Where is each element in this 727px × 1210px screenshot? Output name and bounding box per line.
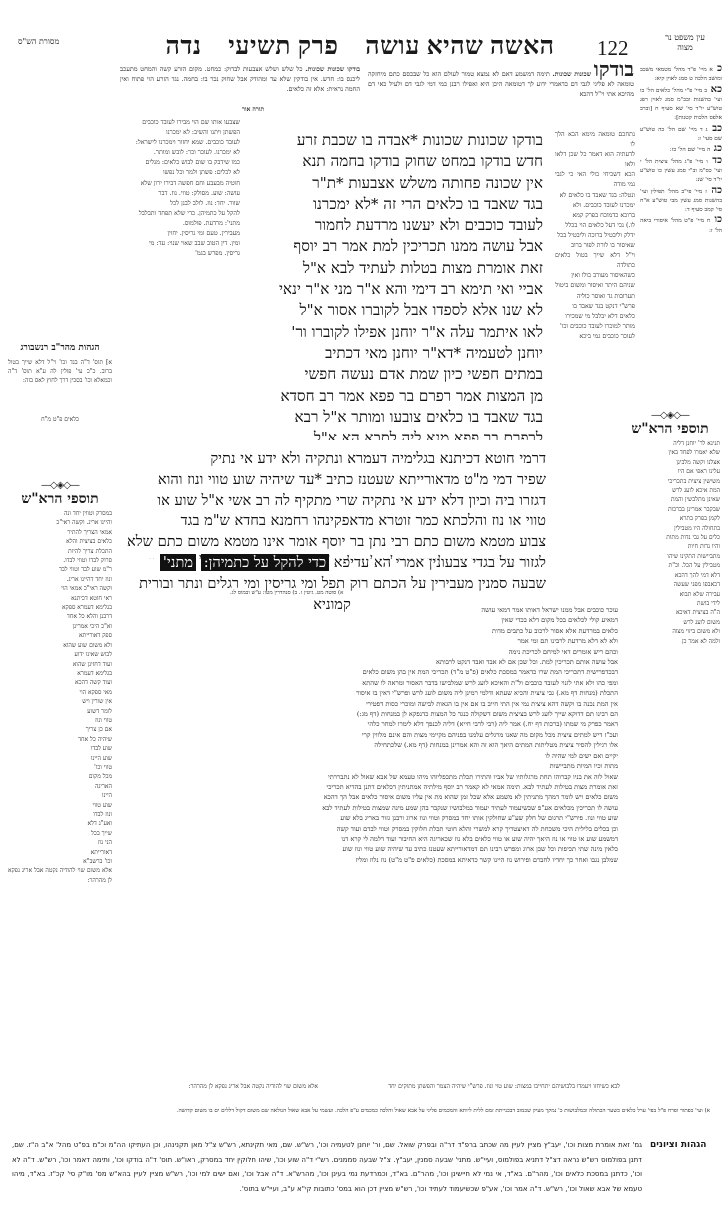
tosafot-harosh-line: ראי חוטא דכיתנא [8, 594, 112, 603]
ein-mishpat-entry: כא ב מיי' פ"י מהל' כלאים הל' כו ועי' בהש… [640, 85, 722, 124]
title-chapter-name: האשה שהיא עושה [365, 33, 554, 60]
gemara-line: יוחנן לטעמיה *דא"ר יוחנן מאי דכתיב [243, 343, 543, 364]
tosafot-line: וכן בכלים בלילית היכי משכחת לה דאיצטריך … [118, 824, 618, 834]
tosafot-harosh-line: מטבילין על הכל. וכ"ת [620, 561, 720, 570]
tosafot-harosh-line: שאינן מתלבשין והמת [620, 495, 720, 504]
ein-mishpat-entry: כב ג ד מיי' שם הל' כה טוש"ע שם סעי' ז: [640, 124, 722, 145]
tosafot-line: התכלת (מנחות דף מא.) גבי ציצית והכיא שעת… [118, 688, 618, 698]
tosafot-line: דאמר כפרק מי שמתו (ברכות דף יח.) אמר ליה… [118, 719, 618, 729]
tosafot-harosh-line: אלא משום שוי להודיה נקטה אבל אריג נפקא ל… [8, 866, 112, 885]
tosafot-harosh-line: עבירה שלא תבוא [620, 590, 720, 599]
tosafot-harosh-line: שוע היינו [8, 754, 112, 763]
gemara-line: אביי ואי תימא רב דימי והא א"ר מני א"ר ינ… [243, 279, 543, 300]
tosafot-harosh-left-block: —◇◈◇— תוספי הרא"ש במסרק וטווין יחד ונהוה… [8, 480, 112, 1049]
ein-mishpat-letter: כב [708, 123, 722, 134]
tosafot-line: ונטלה: בגד שאבד בו כלאים לא [555, 191, 635, 201]
tosafot-line: משום כלאים ויש לומר דמהך מתניתין לא משמע… [118, 792, 618, 802]
gemara-line: מן המצות אמר רפרם בר פפא אמר רב חסדא [243, 386, 543, 407]
tosafot-line: ולא לא דלא מרדעת לרבינו תם ומי אמר [118, 636, 618, 646]
tosafot-line: דמאיע קולי לכלאים בכל מקום דלא בכדי שאין [118, 615, 618, 625]
rashi-line: שצבעו אותו שם הוי מבירו לעובד כוכבים [120, 118, 240, 128]
page-number: 122 [597, 36, 629, 61]
tosafot-harosh-line: הני נוז [8, 838, 112, 847]
tosafot-harosh-line: אצלנו וקשה מלבינן [620, 458, 720, 467]
tosafot-line: נתחכם טומאה מימא הכא הלך לו [555, 130, 635, 150]
rashi-line: הפשתן ויתנו והשיב: לא ימכרנו [120, 128, 240, 138]
tosafot-line: לעוכר כוכבים גמי ביכא [555, 332, 635, 342]
tosafot-harosh-line: ועוד קשה דהכא [8, 678, 112, 687]
tosafot-line: דמשמע שוע או טווי או נוז היאך יהיה שוע א… [118, 834, 618, 844]
tosafot-line: כלאים במרדעת אלא אסור לרכוב על כתבים מדו… [118, 626, 618, 636]
tosafot-line: שאיסור בו לורת לפור ברוב [555, 241, 635, 251]
tosafot-line: שמלבן נגבו ואחר כך יחדיו לחברם ופירוש נו… [118, 855, 618, 865]
tosafot-lower-text: עוכר כוכבים אבל ממנו ישראל דאותו אמר דמא… [118, 605, 618, 1075]
masoret-hashas-header: מסורת הש"ס [18, 37, 59, 46]
tosafot-dibbur-hamatchil: שכונות שכונות. [552, 70, 591, 78]
ornament-divider: —◇◈◇— [620, 410, 720, 421]
ein-mishpat-letter: כג [710, 143, 722, 154]
tosafot-line: כלאים דלא יבלבל מי שמכירו [555, 312, 635, 322]
tosafot-harosh-line: טווי ונוז [8, 716, 112, 725]
tosafot-line: ימכרנו לעובד כוכבים. ולא [555, 201, 635, 211]
ein-mishpat-entry: כ א מיי' פ"ד מהל' מטמאי משכב ומושב הלכה … [640, 64, 722, 85]
footnote: א) ועי' כפתור ופרח פ"ל בפי' ערל כלאים כש… [20, 1107, 710, 1116]
gemara-line: לרפרם בר פפא מנא ליה לסבא הא א"ל [243, 428, 543, 440]
rashi-line: כמו שידבק בו שום לבוש כלאים: מנלים [120, 158, 240, 168]
tosafot-harosh-line: והיו נדות חיות [620, 542, 720, 551]
rashi-tail: לבא כשיחזו ויעמדו בלבושיהם יתחייבו במצות… [340, 1082, 620, 1092]
gemara-line: חדש בודקו במחט שחוק בודקו בחמה תנא [243, 151, 543, 172]
rashi-heading: בודקו שכונות שכונות. [305, 65, 360, 73]
gemara-line: טווי או נוז והלכתא כמר זוטרא מדאפקינהו ר… [118, 511, 546, 532]
tosafot-tail: אלא משום שוי להודיה נקטה אבל אריג נפקא ל… [118, 1082, 318, 1092]
tosafot-line: אין המת נכנה בו וקשה דהא ציצית נמי אין ה… [118, 699, 618, 709]
tosafot-line: זאת אומרת מצות בטילות לעתיד לבא. תימה אמ… [118, 782, 618, 792]
highlighted-phrase: כדי להקל על כתמיהן: [201, 554, 329, 571]
gemara-line: בגד שאבד בו כלאים הרי זה *לא ימכרנו [243, 194, 543, 215]
tosafot-harosh-line: דאורייתא [8, 848, 112, 857]
tosafot-line: אבל עושה אותם תכריכין למת. וכל שכן אם לא… [118, 657, 618, 667]
rashi-top: בודקו שכונות שכונות. כל שלש ושלש אצבעות … [120, 64, 360, 94]
tosafot-harosh-line: כלאים בציצית והלא [8, 537, 112, 546]
tosafot-line: ברוכא כדמוכח בפרק קמא [555, 211, 635, 221]
tosafot-line: עוכר כוכבים אבל ממנו ישראל דאותו אמר דמא… [118, 605, 618, 615]
tosafot-line: מותר למוכרו לעובד כוכבים וכו' [555, 322, 635, 332]
tosafot-harosh-line: וכו' ברשב"א [8, 857, 112, 866]
tosafot-right-column: נתחכם טומאה מימא הכא הלך לולדעתיה הוא דא… [555, 130, 635, 342]
ein-mishpat-letter: כה [707, 185, 722, 196]
tosafot-harosh-line: כלים על גבי נדות מתות [620, 533, 720, 542]
tosafot-harosh-line: לידי בושת [620, 599, 720, 608]
tosafot-harosh-line: ולא משום ביזוי מצוה [620, 627, 720, 636]
hagahot-maharav-heading: הגהות מהר"ב רנשבורג [8, 342, 112, 354]
tosafot-harosh-line: ועוד דחזינן שהוא [8, 660, 112, 669]
tosafot-line: הכא דשכיחי כולי האי כי לגבי נמי מודה [555, 170, 635, 190]
mishnah-marker: מתני' [160, 554, 196, 571]
tosafot-harosh-line: אם כן צריך [8, 725, 112, 734]
tosafot-line: שאול לוה את בניו קברוהו תחת מרגלותיו של … [118, 772, 618, 782]
rashi-line: לא לכלים: פשתן ולמר וכל נפשו [120, 168, 240, 178]
tosafot-harosh-line: שלא יאמרו לפחד באין [620, 448, 720, 457]
tosafot-harosh-right-block: —◇◈◇— תוספי הרא"ש תנינא לר' יוחנן דליהשל… [620, 410, 720, 1039]
hagahot-vetziyunim-label: הגהות וציונים [650, 1140, 706, 1150]
tosafot-harosh-heading: תוספי הרא"ש [8, 491, 112, 507]
rashi-line: לא ימכרנו. לעוכר וכר: לובש ומותר. [120, 148, 240, 158]
tosafot-line: ועכ"ז דיש למתים ציצית מכל מקום מה שאנו מ… [118, 730, 618, 740]
tosafot-harosh-line: שייך בכל [8, 829, 112, 838]
tosafot-harosh-line: עלינו ראפי אם היו [620, 467, 720, 476]
tosafot-harosh-line: במסרק וטווין יחד ונה [8, 509, 112, 518]
tosafot-harosh-line: ה"ה בציצית דאיכא [620, 608, 720, 617]
ornament-divider: —◇◈◇— [8, 480, 112, 491]
ein-mishpat-text: א מיי' פ"ד מהל' מטמאי משכב ומושב הלכה ט … [640, 67, 722, 82]
rashi-line: עושה: שוע. מסולק: טווי. נוז. דבר [120, 189, 240, 199]
gemara-line: דרמי חוטא דכיתנא בגלימיה דעמרא ונתקיה ול… [118, 449, 546, 470]
tosafot-line: כשהאיסור מעורב כולו ואין [555, 271, 635, 281]
tosafot-harosh-line: מאי ספקא הוי [8, 688, 112, 697]
torah-or-label: תורה אור [242, 106, 264, 113]
tosafot-line: שוע טווי ונוז. פירש"י תרגום של חלק שע"ע … [118, 813, 618, 823]
tosafot-harosh-line: והיינו אריג. וקשה ראי"כ [8, 518, 112, 527]
tosafot-line: ומפי כהו ולא אתי לזנוי לעובד כוכבים ול"ת… [118, 678, 618, 688]
tosafot-harosh-heading: תוספי הרא"ש [620, 421, 720, 437]
tosafot-harosh-line: ר"מ שוע לבד וטווי לבד [8, 565, 112, 574]
tosafot-harosh-line: אמאי הצריך להתיר [8, 528, 112, 537]
tosafot-harosh-line: שיהיה כל אחד [8, 735, 112, 744]
ein-mishpat-text: ה מיי' שם הל' כז: [670, 147, 711, 153]
rashi-left-column: שצבעו אותו שם הוי מבירו לעובד כוכביםהפשת… [120, 118, 240, 259]
gemara-line: לעובד כוכבים ולא יעשנו מרדעת לחמור [243, 215, 543, 236]
gemara-line: אין שכונה פחותה משלש אצבעות *ת"ר [243, 173, 543, 194]
title-tractate: נדה [165, 33, 201, 60]
gemara-line: בגד שאבד בו כלאים צובעו ומותר א"ל רבא [243, 407, 543, 428]
rashi-line: מעבירין. טעם ומי גריסין. יחוין [120, 229, 240, 239]
title-chapter-number: פרק תשיעי [228, 33, 338, 60]
tosafot-harosh-line: בגלימא דעמרא [8, 669, 112, 678]
gemara-line: שפיר דמי מ"ט מדאורייתא שעטנז כתיב *עד שי… [118, 470, 546, 491]
rashi-line: מתני': מרדעת. פולמוס. [120, 219, 240, 229]
tosafot-harosh-line: וקשה ראי"כ אמאי הוי [8, 584, 112, 593]
running-title: האשה שהיא עושה פרק תשיעי נדה [150, 33, 570, 61]
ein-mishpat-letter: כו [710, 214, 722, 225]
gemara-line: לאו איתמר עלה א"ר יוחנן אפילו לקוברו ור' [243, 322, 543, 343]
tosafot-harosh-right-text: תנינא לר' יוחנן דליהשלא יאמרו לפחד באיןא… [620, 439, 720, 1039]
tosafot-line: יקיים ואם ישים למי שהיה לו [118, 751, 618, 761]
tosafot-line: תערובות גד ואוסר כוליה [555, 292, 635, 302]
gemara-text: בודקו שכונות שכונות *אבדה בו שכבת זרעחדש… [243, 130, 543, 440]
ein-mishpat-column: כ א מיי' פ"ד מהל' מטמאי משכב ומושב הלכה … [640, 64, 722, 236]
ein-mishpat-entry: כד ו מיי' פ"ג מהל' ציצית הל' י ועי' כס"מ… [640, 156, 722, 186]
tosafot-harosh-line: דרבנן והלא כל אחד [8, 612, 112, 621]
tosafot-harosh-line: שבקבר אמרינן בברכות [620, 505, 720, 514]
rashi-line: גריסין. מפרש בגמ' [120, 249, 240, 259]
gemara-text-wide: דרמי חוטא דכיתנא בגלימיה דעמרא ונתקיה ול… [118, 449, 546, 559]
hagahot-maharav-block: הגהות מהר"ב רנשבורג א] תוס' ד"ה בגד וכו'… [8, 342, 112, 425]
tosafot-harosh-line: ונוז לבדו [8, 810, 112, 819]
gemara-line: צבוע מטמא משום כתם רבי נתן בר יוסף אומר … [118, 532, 546, 553]
tosafot-harosh-line: לקמן בפרק בתרא [620, 514, 720, 523]
gloss-note: א) סוטה מט. גיטין ז. ב) סנהדרין מטו: ע"ש… [230, 590, 343, 596]
tosafot-harosh-line: התכלת צריך להיות [8, 547, 112, 556]
ein-mishpat-header: עין משפט נר מצוה [660, 33, 710, 53]
tosafot-line: וכהם ריש אומרים דאי למיחם לכריכת נימה [118, 647, 618, 657]
gemara-line: דגזרו ביה וכיון דלא ידע אי נתקיה שרי מתק… [118, 491, 546, 512]
tosafot-line: דבכדפרישית דתכריכי המת שרו כדאמר במסכת כ… [118, 667, 618, 677]
tosafot-harosh-line: סרוק לבדו וטווי לבדו. [8, 556, 112, 565]
tosafot-line: וי"ל דלא שייך בטול כלאים כתולדה [555, 251, 635, 271]
rashi-line: להקל על כתמיהן. כדי שלא תפחד ותבלבל [120, 209, 240, 219]
tosafot-harosh-line: דכאבפו מפני שעשה [620, 580, 720, 589]
tosafot-harosh-left-text: במסרק וטווין יחד ונהוהיינו אריג. וקשה רא… [8, 509, 112, 1049]
tosafot-harosh-line: ולא משום שוע שהוא [8, 641, 112, 650]
tosafot-harosh-line: דלא דמי להך דהכא [620, 571, 720, 580]
tosafot-harosh-line: וא"כ היכי אמרינן [8, 622, 112, 631]
gemara-line: זאת אומרת מצות בטלות לעתיד לבא א"ל [243, 258, 543, 279]
tosafot-line: פרש"י דנקט בגד שאבד בו [555, 302, 635, 312]
tosafot-harosh-line: טווי וכו' [8, 763, 112, 772]
ein-mishpat-entry: כה ז מיי' פי"ב מהל' תפילין ועי' בהשגות ס… [640, 186, 722, 216]
tosafot-line: הם רבינו תם דדוקא שייך לועג לרש בציצית מ… [118, 709, 618, 719]
tosafot-harosh-line: מכל מקום [8, 772, 112, 781]
tosafot-line: לדעתיה הוא דאמר כל שכן דלאו ולאו [555, 150, 635, 170]
ein-mishpat-letter: כ [713, 64, 722, 74]
tosafot-harosh-line: מתביישות התקינו שיהו [620, 552, 720, 561]
tosafot-harosh-line: ספק דאורייתא [8, 631, 112, 640]
tosafot-harosh-line: בגלימא דעמרא ספקא [8, 603, 112, 612]
rashi-line: לעובד כוכבים. שמא יחזור וימכרנו לישראל: [120, 138, 240, 148]
tosafot-block: בודקו שכונות שכונות. תימה דמשמע דאם לא נ… [368, 64, 634, 99]
tosafot-harosh-line: אין שורין ויש [8, 697, 112, 706]
rashi-line: ומין. דין הטוב שבב שאוי שנוי: עד: מי [120, 239, 240, 249]
tosafot-harosh-line: שוע לבדו [8, 744, 112, 753]
tosafot-line: לו.) נכי דעל כלאים הוי בכלל [555, 221, 635, 231]
rashi-line: שוור. יחד: נוז. לולב לבנן לכל [120, 199, 240, 209]
tosafot-line: עושה לו תכריכין מכלאים אע"פ שכשיעמוד לעת… [118, 803, 618, 813]
gemara-line: לא שנו אלא לספדו אבל לקוברו אסור א"ל [243, 300, 543, 321]
gemara-line: במתים חפשי כיון שמת אדם נעשה חפשי [243, 364, 543, 385]
tosafot-harosh-line: משום לועג לרש [620, 618, 720, 627]
gemara-line: אבל עושה ממנו תכריכין למת אמר רב יוסף [243, 236, 543, 257]
rashi-line: חוטיה מבעבע וחם חפשה דבירו ירון שלא [120, 179, 240, 189]
tosafot-line: כלאין מינה שתי תכיפות וכל שכן ארוג ומפרש… [118, 844, 618, 854]
highlight-line: לגזור על בגדי צבעונין אמרי הא עדיפא כדי … [118, 553, 546, 574]
tosafot-harosh-line: ואע"ג דלא [8, 819, 112, 828]
tosafot-harosh-line: האריגה [8, 782, 112, 791]
tosafot-line: מתות וכיו המיות מתביישות [118, 761, 618, 771]
tosafot-harosh-line: ונוז יחד דהיינו אריג. [8, 575, 112, 584]
ein-mishpat-entry: כו ח מיי' פ"ט מהל' איסורי ביאה הל' ז: [640, 215, 722, 236]
tosafot-line: אלו רגילין להסיר ציצית מטליתות המתים היא… [118, 740, 618, 750]
tosafot-harosh-line: ולמה לא אמר כן [620, 637, 720, 646]
hagahot-vetziyunim-text: גמ' זאת אומרת מצות וכו', יעב"ץ מציין לעי… [12, 1138, 642, 1196]
tosafot-harosh-line: תנינא לר' יוחנן דליה [620, 439, 720, 448]
tosafot-harosh-line: שוע טווי [8, 801, 112, 810]
tosafot-harosh-line: המת איכא לועג לרש [620, 486, 720, 495]
tosafot-line: ידלק וליבטיל ברוכה וליבטיל בכל [555, 231, 635, 241]
ein-mishpat-letter: כא [707, 84, 722, 95]
tosafot-line: שניהם היתר ואיסור ומשום ביטול [555, 281, 635, 291]
ein-mishpat-letter: כד [708, 155, 722, 166]
tosafot-harosh-line: לומר דשוע [8, 707, 112, 716]
masoret-margin-note: כלאים פ"ט מ"ח [8, 415, 112, 425]
tosafot-harosh-line: לבוש שאינו ידוע [8, 650, 112, 659]
gemara-line: בודקו שכונות שכונות *אבדה בו שכבת זרע [243, 130, 543, 151]
tosafot-harosh-line: משישין ציצית בתכריכי [620, 477, 720, 486]
tosafot-opening-word: בודקו [594, 64, 634, 81]
tosafot-harosh-line: בתחולה היו מטבילין [620, 524, 720, 533]
hagahot-maharav-text: א] תוס' ד"ה בגד וכו' וי"ל דלא שייך בטול … [8, 358, 112, 385]
tosafot-harosh-line: היינו [8, 791, 112, 800]
